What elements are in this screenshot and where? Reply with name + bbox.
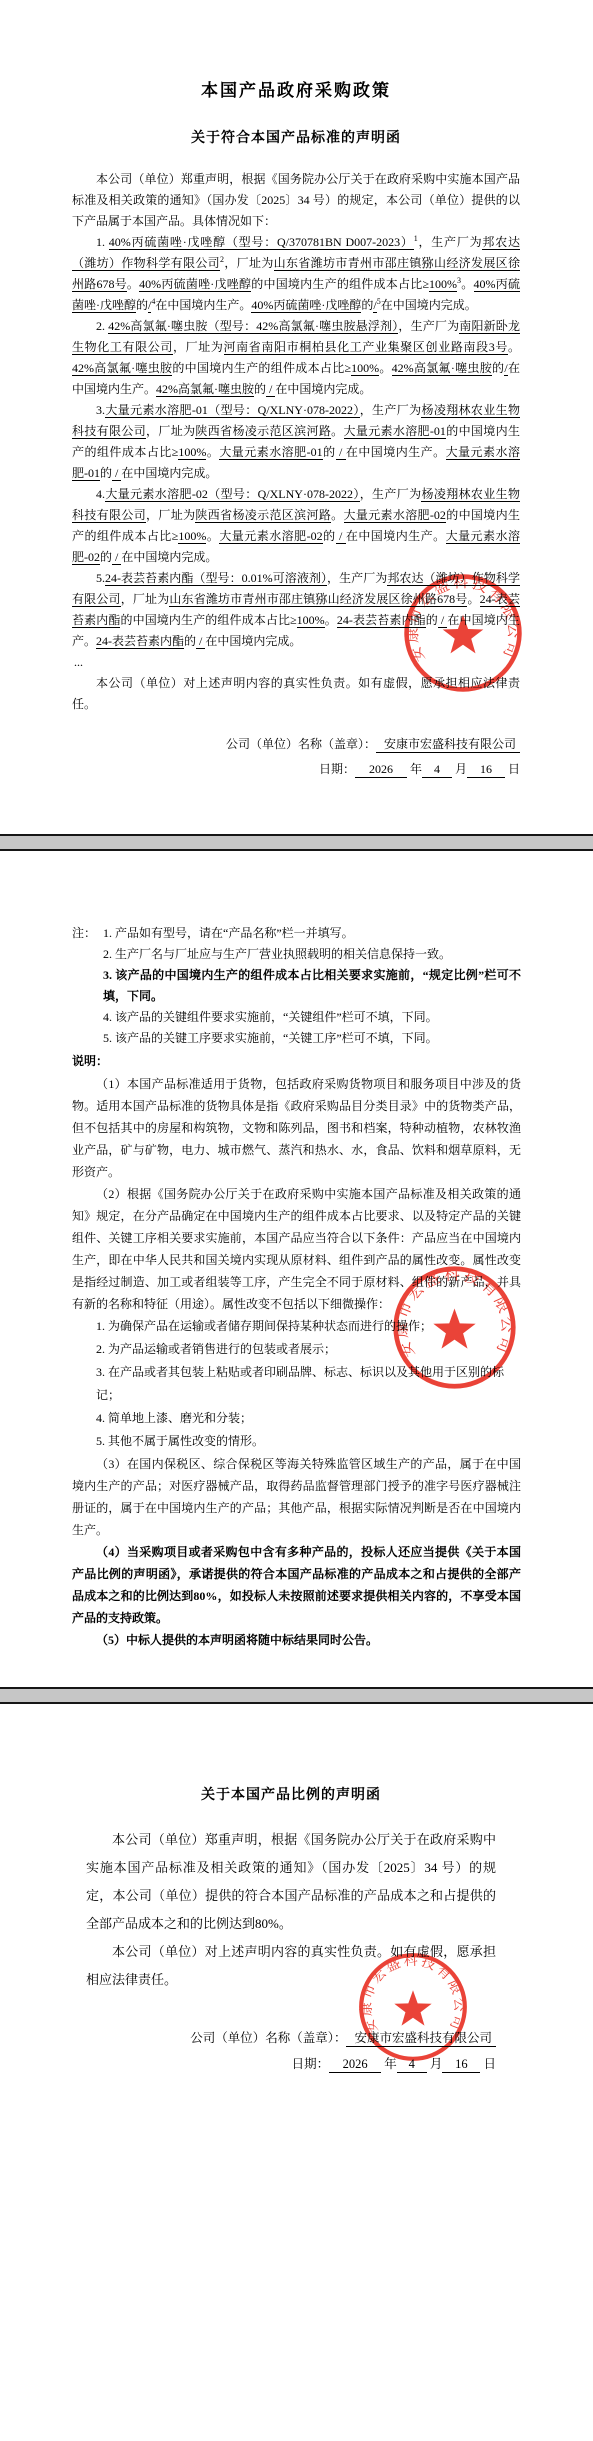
date-label: 日期： xyxy=(319,762,355,776)
ratio-declaration-title: 关于本国产品比例的声明函 xyxy=(86,1784,496,1804)
micro-operations-list: 1. 为确保产品在运输或者储存期间保持某种状态而进行的操作；2. 为产品运输或者… xyxy=(72,1315,521,1453)
micro-operation-item: 1. 为确保产品在运输或者储存期间保持某种状态而进行的操作； xyxy=(96,1315,521,1338)
date-line: 日期：2026 年4 月16 日 xyxy=(86,2054,496,2073)
date-day: 16 xyxy=(467,762,505,778)
ellipsis-line: ... xyxy=(72,652,520,673)
month-unit: 月 xyxy=(430,2057,443,2071)
product-item: 3.大量元素水溶肥-01（型号：Q/XLNY·078-2022），生产厂为杨凌翔… xyxy=(72,400,520,484)
page-3: 关于本国产品比例的声明函 本公司（单位）郑重声明，根据《国务院办公厅关于在政府采… xyxy=(0,1704,593,2441)
explanation-paragraphs-a: （1）本国产品标准适用于货物，包括政府采购货物项目和服务项目中涉及的货物。适用本… xyxy=(72,1073,521,1315)
note-item: 3. 该产品的中国境内生产的组件成本占比相关要求实施前，“规定比例”栏可不填，下… xyxy=(103,965,521,1007)
product-item: 4.大量元素水溶肥-02（型号：Q/XLNY·078-2022），生产厂为杨凌翔… xyxy=(72,484,520,568)
year-unit: 年 xyxy=(384,2057,397,2071)
company-name: 安康市宏盛科技有限公司 xyxy=(346,2031,496,2047)
day-unit: 日 xyxy=(508,762,520,776)
date-month: 4 xyxy=(397,2057,427,2073)
signature-line: 公司（单位）名称（盖章）：安康市宏盛科技有限公司 xyxy=(72,735,520,752)
explanation-paragraph: （3）在国内保税区、综合保税区等海关特殊监管区域生产的产品，属于在中国境内生产的… xyxy=(72,1453,521,1541)
page-2: 注： 1. 产品如有型号，请在“产品名称”栏一并填写。2. 生产厂名与厂址应与生… xyxy=(0,851,593,1687)
date-year: 2026 xyxy=(355,762,407,778)
date-day: 16 xyxy=(442,2057,480,2073)
explanation-paragraph: （2）根据《国务院办公厅关于在政府采购中实施本国产品标准及相关政策的通知》规定，… xyxy=(72,1183,521,1315)
date-label: 日期： xyxy=(292,2057,330,2071)
micro-operation-item: 2. 为产品运输或者销售进行的包装或者展示； xyxy=(96,1338,521,1361)
page-separator xyxy=(0,834,593,851)
note-item: 4. 该产品的关键组件要求实施前，“关键组件”栏可不填，下同。 xyxy=(103,1007,521,1028)
product-item: 5.24-表芸苔素内酯（型号：0.01%可溶液剂），生产厂为邦农达（潍坊）作物科… xyxy=(72,568,520,652)
explanation-paragraph: （4）当采购项目或者采购包中含有多种产品的，投标人还应当提供《关于本国产品比例的… xyxy=(72,1541,521,1629)
date-line: 日期：2026 年4 月16 日 xyxy=(72,760,520,778)
month-unit: 月 xyxy=(455,762,467,776)
explanation-paragraph: （5）中标人提供的本声明函将随中标结果同时公告。 xyxy=(72,1629,521,1651)
product-item: 1. 40%丙硫菌唑·戊唑醇（型号：Q/370781BN D007-2023）1… xyxy=(72,232,520,316)
day-unit: 日 xyxy=(483,2057,496,2071)
responsibility-paragraph: 本公司（单位）对上述声明内容的真实性负责。如有虚假，愿承担相应法律责任。 xyxy=(86,1938,496,1994)
signature-label: 公司（单位）名称（盖章）： xyxy=(190,2031,346,2045)
micro-operation-item: 4. 简单地上漆、磨光和分装； xyxy=(96,1407,521,1430)
notes-list: 1. 产品如有型号，请在“产品名称”栏一并填写。2. 生产厂名与厂址应与生产厂营… xyxy=(103,923,521,1049)
intro-paragraph: 本公司（单位）郑重声明，根据《国务院办公厅关于在政府采购中实施本国产品标准及相关… xyxy=(72,169,520,232)
notes-block: 注： 1. 产品如有型号，请在“产品名称”栏一并填写。2. 生产厂名与厂址应与生… xyxy=(72,923,521,1049)
notes-label: 注： xyxy=(72,923,96,944)
explanation-paragraph: （1）本国产品标准适用于货物，包括政府采购货物项目和服务项目中涉及的货物。适用本… xyxy=(72,1073,521,1183)
product-list: 1. 40%丙硫菌唑·戊唑醇（型号：Q/370781BN D007-2023）1… xyxy=(72,232,520,652)
page-separator xyxy=(0,1687,593,1704)
page-1: 本国产品政府采购政策 关于符合本国产品标准的声明函 本公司（单位）郑重声明，根据… xyxy=(0,0,593,834)
date-month: 4 xyxy=(422,762,452,778)
ratio-declaration-paragraph: 本公司（单位）郑重声明，根据《国务院办公厅关于在政府采购中实施本国产品标准及相关… xyxy=(86,1826,496,1938)
micro-operation-item: 3. 在产品或者其包装上粘贴或者印刷品牌、标志、标识以及其他用于区别的标记； xyxy=(96,1361,521,1407)
document: 本国产品政府采购政策 关于符合本国产品标准的声明函 本公司（单位）郑重声明，根据… xyxy=(0,0,593,2441)
document-title: 本国产品政府采购政策 xyxy=(72,76,520,101)
date-year: 2026 xyxy=(329,2057,381,2073)
explanation-label: 说明： xyxy=(72,1050,521,1073)
micro-operation-item: 5. 其他不属于属性改变的情形。 xyxy=(96,1430,521,1453)
signature-line: 公司（单位）名称（盖章）：安康市宏盛科技有限公司 xyxy=(86,2028,496,2046)
year-unit: 年 xyxy=(410,762,422,776)
note-item: 1. 产品如有型号，请在“产品名称”栏一并填写。 xyxy=(103,923,521,944)
responsibility-paragraph: 本公司（单位）对上述声明内容的真实性负责。如有虚假，愿承担相应法律责任。 xyxy=(72,673,520,715)
explanation-paragraphs-b: （3）在国内保税区、综合保税区等海关特殊监管区域生产的产品，属于在中国境内生产的… xyxy=(72,1453,521,1651)
note-item: 5. 该产品的关键工序要求实施前，“关键工序”栏可不填，下同。 xyxy=(103,1028,521,1049)
signature-label: 公司（单位）名称（盖章）： xyxy=(226,737,376,751)
declaration-title: 关于符合本国产品标准的声明函 xyxy=(72,127,520,147)
product-item: 2. 42%高氯氟·噻虫胺（型号：42%高氯氟·噻虫胺悬浮剂），生产厂为南阳新卧… xyxy=(72,316,520,400)
note-item: 2. 生产厂名与厂址应与生产厂营业执照载明的相关信息保持一致。 xyxy=(103,944,521,965)
company-name: 安康市宏盛科技有限公司 xyxy=(376,737,520,753)
